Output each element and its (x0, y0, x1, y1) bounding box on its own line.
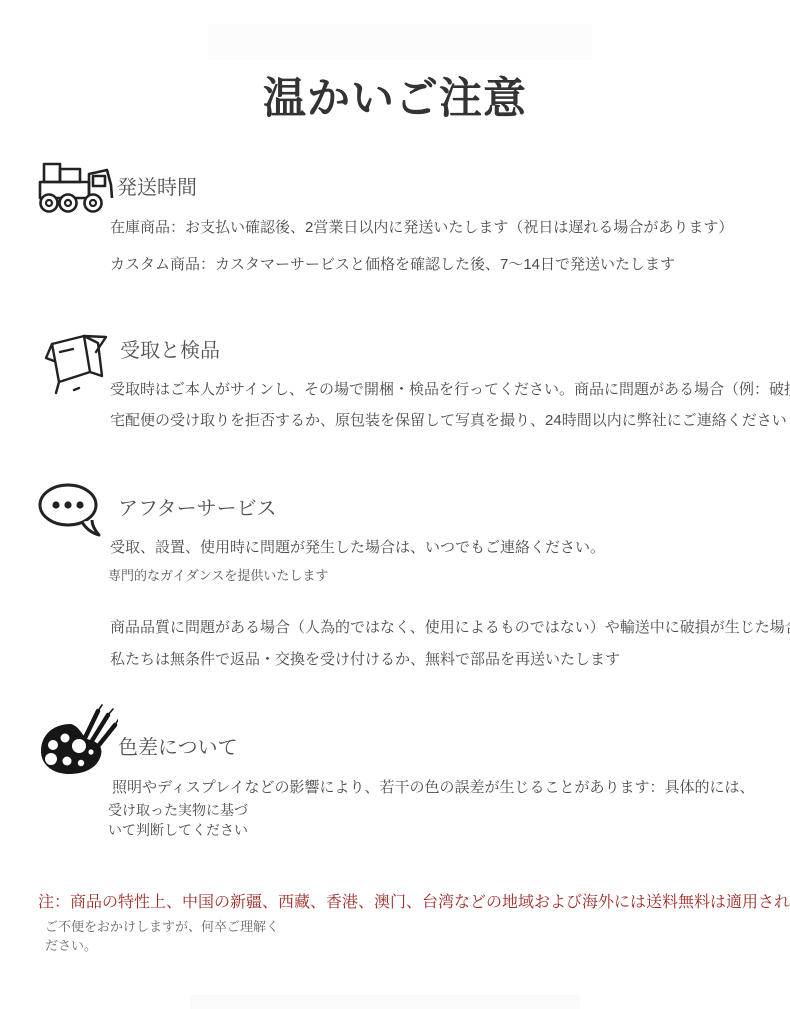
top-faint-panel (208, 24, 592, 60)
section-color-line-1: 照明やディスプレイなどの影響により、若干の色の誤差が生じることがあります：具体的… (112, 779, 754, 797)
section-shipping-line-1: 在庫商品：お支払い確認後、2営業日以内に発送いたします（祝日は遅れる場合がありま… (110, 219, 733, 237)
notice-page: 温かいご注意 発送時間 在庫商品：お支払い確認後、2営業日以内に発送い (0, 0, 790, 1009)
section-after-service-paragraph-2: 私たちは無条件で返品・交換を受け付けるか、無料で部品を再送いたします (110, 651, 620, 669)
truck-icon (33, 159, 121, 215)
section-shipping-heading: 発送時間 (117, 176, 197, 200)
footnote-gray-line-2: ださい。 (45, 938, 97, 954)
section-after-service-paragraph-1: 商品品質に問題がある場合（人為的ではなく、使用によるものではない）や輸送中に破損… (110, 619, 790, 637)
palette-icon (38, 704, 118, 778)
section-color-subline-2: いて判断してください (108, 822, 248, 839)
section-after-service-heading: アフターサービス (118, 497, 277, 521)
section-receipt-line-1: 受取時はご本人がサインし、その場で開梱・検品を行ってください。商品に問題がある場… (110, 381, 790, 399)
section-color-subline-1: 受け取った実物に基づ (108, 802, 248, 819)
section-shipping-line-2: カスタム商品：カスタマーサービスと価格を確認した後、7～14日で発送いたします (110, 256, 675, 274)
section-after-service-line-1: 受取、設置、使用時に問題が発生した場合は、いつでもご連絡ください。 (110, 539, 605, 557)
section-receipt-line-2: 宅配便の受け取りを拒否するか、原包装を保留して写真を撮り、24時間以内に弊社にご… (110, 412, 787, 430)
section-color-heading: 色差について (118, 736, 238, 760)
footnote-red-text: 注：商品の特性上、中国の新疆、西藏、香港、澳门、台湾などの地域および海外には送料… (38, 893, 790, 912)
speech-bubble-icon (35, 481, 107, 539)
bottom-faint-bar (190, 995, 580, 1009)
footnote-gray-line-1: ご不便をおかけしますが、何卒ご理解く (45, 919, 279, 935)
section-after-service-subline: 専門的なガイダンスを提供いたします (108, 568, 328, 584)
page-title: 温かいご注意 (0, 74, 790, 126)
section-receipt-heading: 受取と検品 (120, 339, 220, 363)
box-icon (38, 320, 114, 398)
